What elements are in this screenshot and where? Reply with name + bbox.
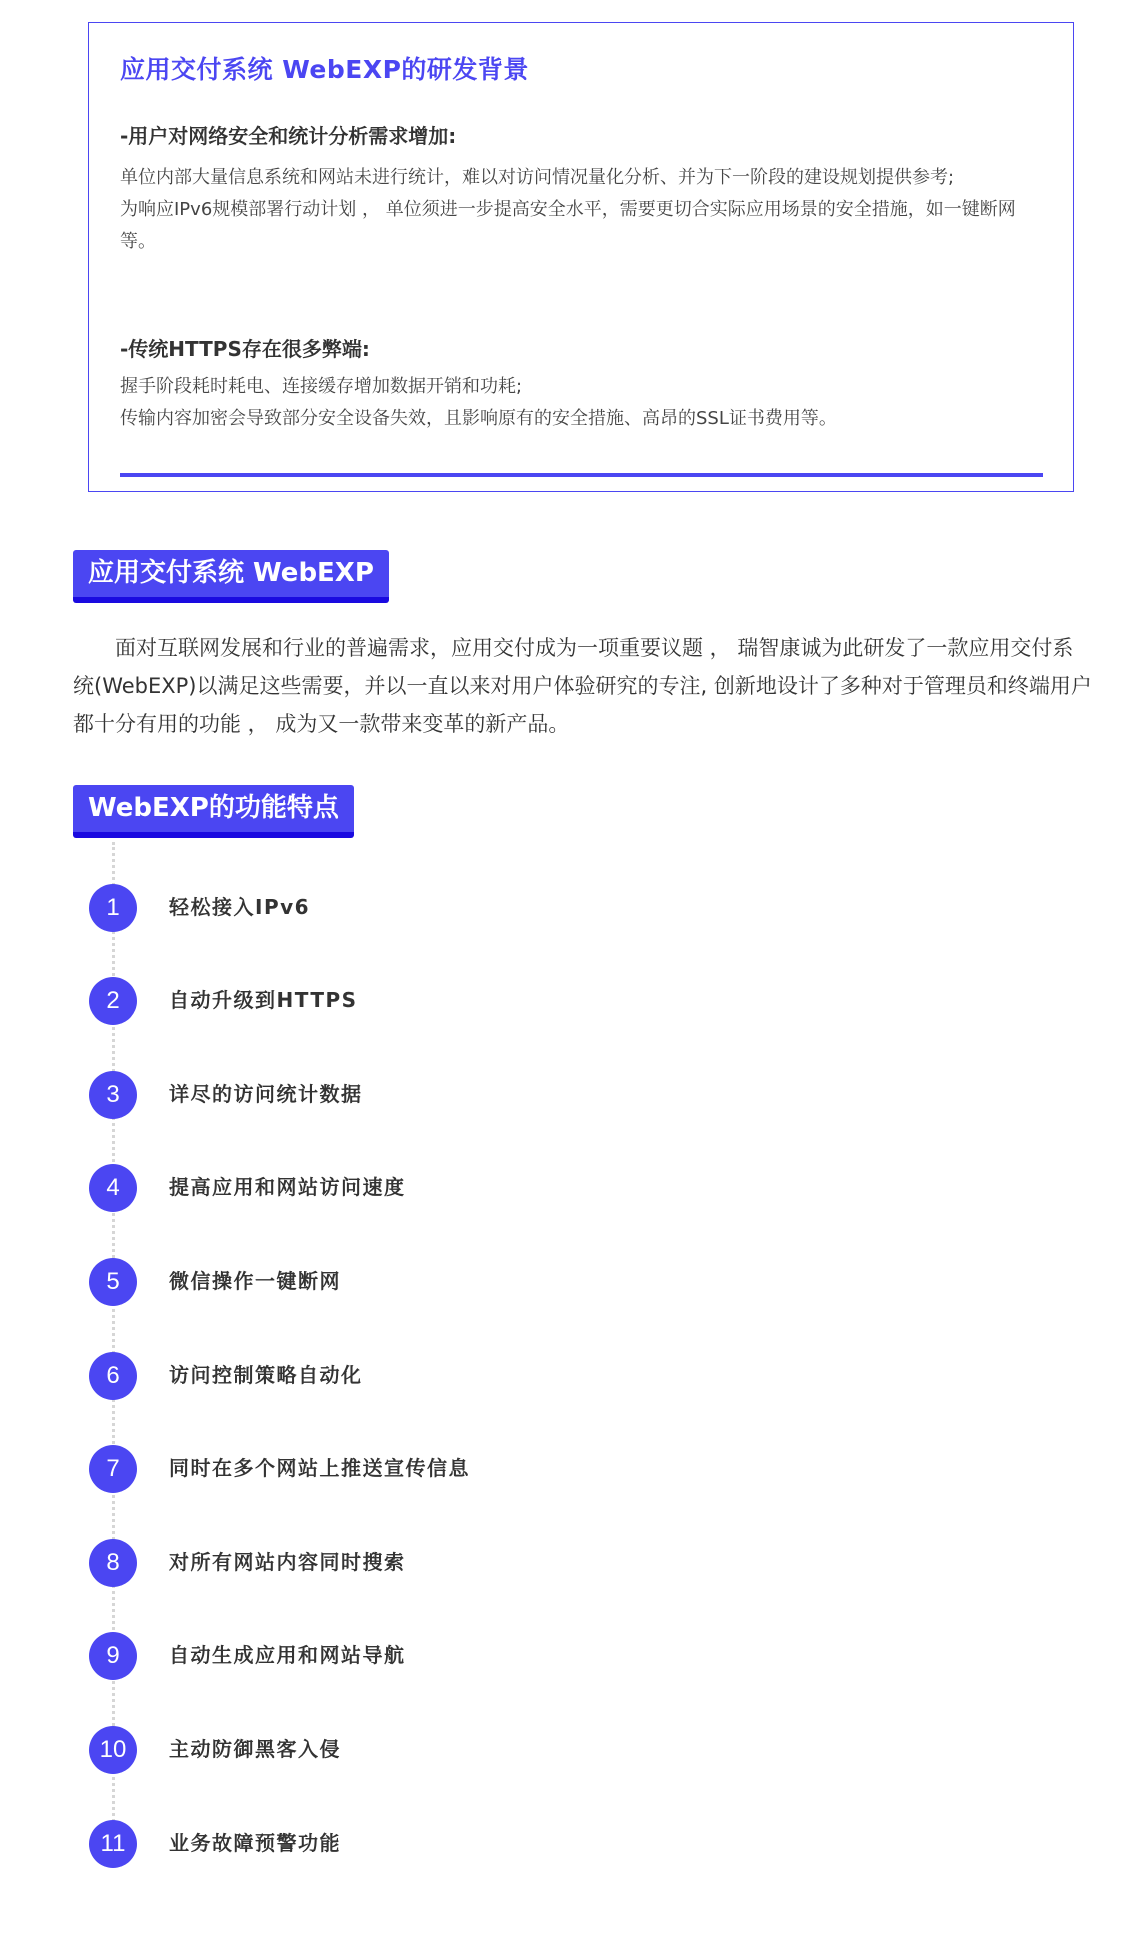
feature-label: 提高应用和网站访问速度 xyxy=(169,1171,406,1200)
background-paragraph-1: 单位内部大量信息系统和网站未进行统计，难以对访问情况量化分析、并为下一阶段的建设… xyxy=(120,162,1050,258)
feature-item: 9 自动生成应用和网站导航 xyxy=(89,1632,406,1680)
background-heading-1: -用户对网络安全和统计分析需求增加: xyxy=(120,120,456,149)
feature-label: 访问控制策略自动化 xyxy=(169,1359,363,1388)
background-line: 握手阶段耗时耗电、连接缓存增加数据开销和功耗; xyxy=(120,371,1050,403)
feature-label: 详尽的访问统计数据 xyxy=(169,1078,363,1107)
feature-item: 11 业务故障预警功能 xyxy=(89,1820,341,1868)
feature-item: 5 微信操作一键断网 xyxy=(89,1258,341,1306)
feature-item: 8 对所有网站内容同时搜索 xyxy=(89,1539,406,1587)
feature-item: 6 访问控制策略自动化 xyxy=(89,1352,363,1400)
feature-number-badge: 8 xyxy=(89,1539,137,1587)
feature-item: 1 轻松接入IPv6 xyxy=(89,884,310,932)
feature-number-badge: 9 xyxy=(89,1632,137,1680)
feature-number-badge: 1 xyxy=(89,884,137,932)
features-section-label: WebEXP的功能特点 xyxy=(73,785,354,838)
feature-label: 对所有网站内容同时搜索 xyxy=(169,1546,406,1575)
intro-section-label: 应用交付系统 WebEXP xyxy=(73,550,389,603)
feature-label: 微信操作一键断网 xyxy=(169,1265,341,1294)
feature-number-badge: 7 xyxy=(89,1445,137,1493)
background-line: 单位内部大量信息系统和网站未进行统计，难以对访问情况量化分析、并为下一阶段的建设… xyxy=(120,162,1050,194)
feature-item: 4 提高应用和网站访问速度 xyxy=(89,1164,406,1212)
background-line: 为响应IPv6规模部署行动计划 ， 单位须进一步提高安全水平，需要更切合实际应用… xyxy=(120,194,1050,258)
background-title: 应用交付系统 WebEXP的研发背景 xyxy=(120,50,529,86)
background-line: 传输内容加密会导致部分安全设备失效，且影响原有的安全措施、高昂的SSL证书费用等… xyxy=(120,403,1050,435)
feature-item: 10 主动防御黑客入侵 xyxy=(89,1726,341,1774)
feature-number-badge: 4 xyxy=(89,1164,137,1212)
feature-number-badge: 10 xyxy=(89,1726,137,1774)
feature-number-badge: 5 xyxy=(89,1258,137,1306)
feature-number-badge: 3 xyxy=(89,1071,137,1119)
feature-label: 同时在多个网站上推送宣传信息 xyxy=(169,1452,470,1481)
background-divider xyxy=(120,473,1043,477)
feature-label: 主动防御黑客入侵 xyxy=(169,1733,341,1762)
intro-paragraph: 面对互联网发展和行业的普遍需求，应用交付成为一项重要议题 ， 瑞智康诚为此研发了… xyxy=(73,629,1093,743)
background-paragraph-2: 握手阶段耗时耗电、连接缓存增加数据开销和功耗; 传输内容加密会导致部分安全设备失… xyxy=(120,371,1050,435)
feature-item: 7 同时在多个网站上推送宣传信息 xyxy=(89,1445,470,1493)
feature-label: 轻松接入IPv6 xyxy=(169,891,310,920)
feature-label: 自动生成应用和网站导航 xyxy=(169,1639,406,1668)
feature-label: 业务故障预警功能 xyxy=(169,1827,341,1856)
feature-number-badge: 2 xyxy=(89,977,137,1025)
background-heading-2: -传统HTTPS存在很多弊端: xyxy=(120,333,370,362)
feature-item: 3 详尽的访问统计数据 xyxy=(89,1071,363,1119)
feature-number-badge: 11 xyxy=(89,1820,137,1868)
feature-label: 自动升级到HTTPS xyxy=(169,984,358,1013)
feature-number-badge: 6 xyxy=(89,1352,137,1400)
feature-item: 2 自动升级到HTTPS xyxy=(89,977,358,1025)
